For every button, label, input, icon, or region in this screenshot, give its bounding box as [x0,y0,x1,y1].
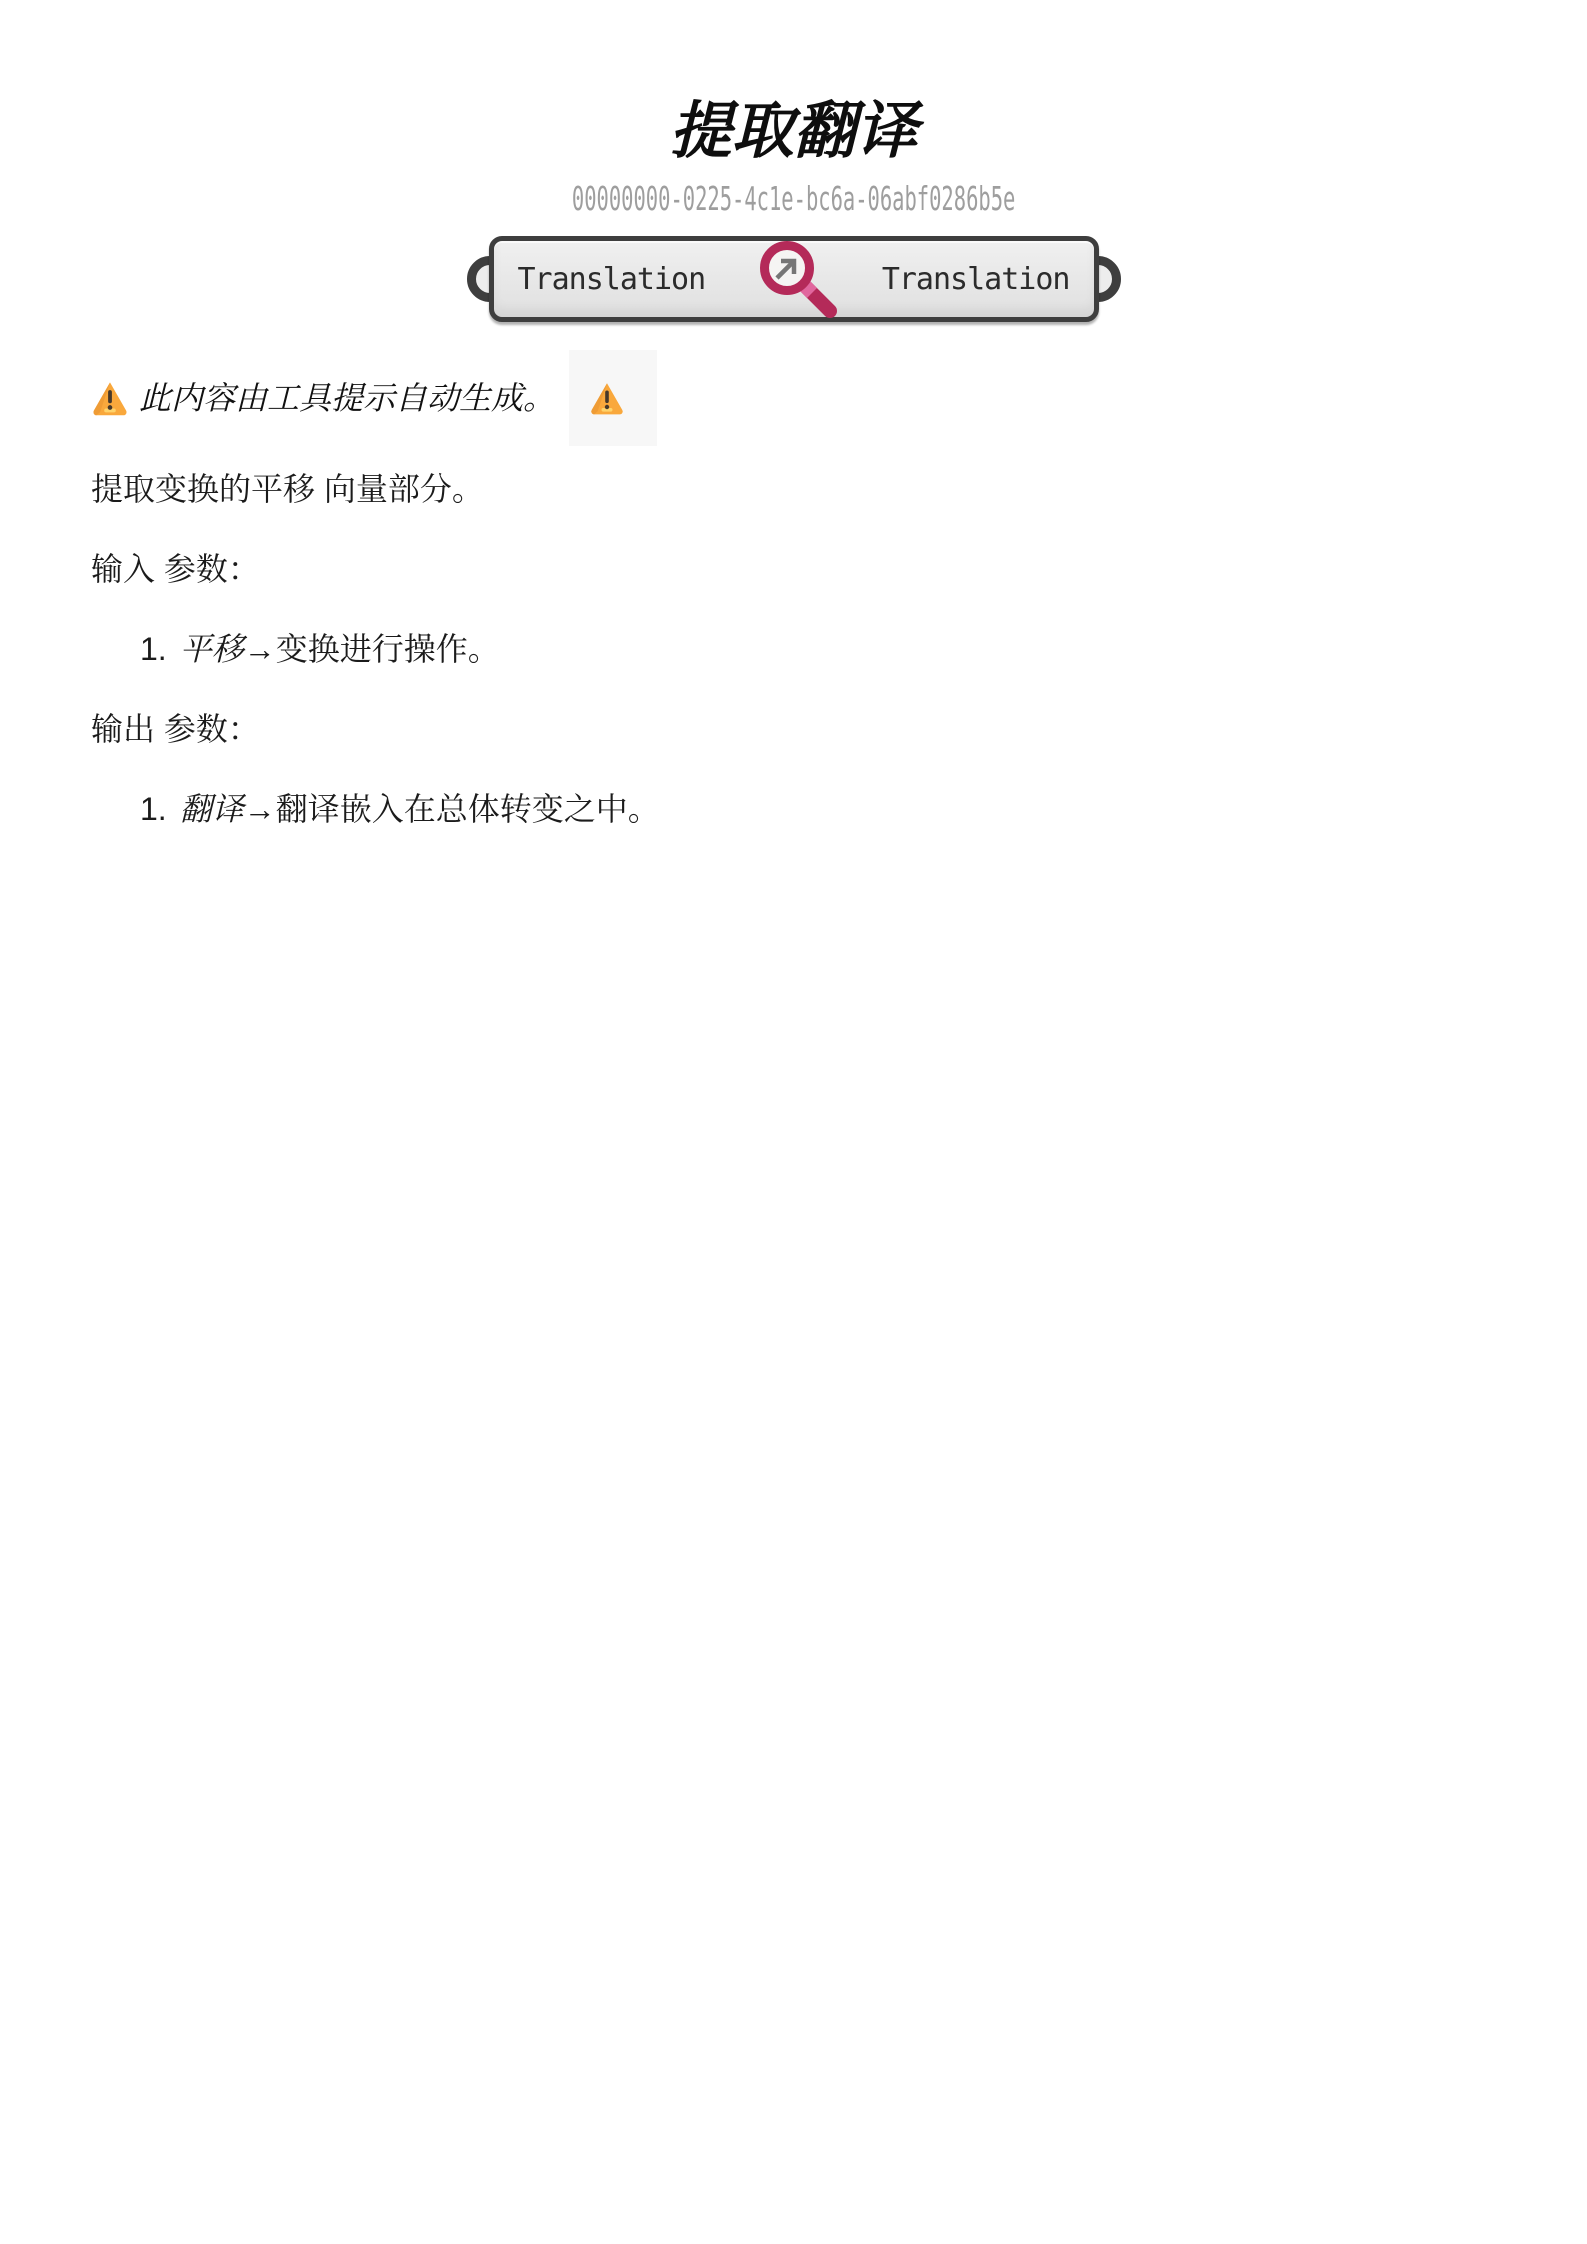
notice-text: 此内容由工具提示自动生成。 [139,374,555,422]
output-param-item: 1.翻译→翻译嵌入在总体转变之中。 [140,785,660,833]
warning-image-placeholder [569,350,657,446]
component-guid: 00000000-0225-4c1e-bc6a-06abf0286b5e [572,180,1015,218]
list-item-number: 1. [140,791,167,827]
component-output-label: Translation [882,262,1070,297]
param-name: 平移 [180,631,244,667]
param-name: 翻译 [180,791,244,827]
param-arrow: → [244,631,276,667]
component-diagram: Translation Translation [489,236,1099,322]
param-arrow: → [244,791,276,827]
component-body: Translation Translation [489,236,1099,322]
document-page: 提取翻译 00000000-0225-4c1e-bc6a-06abf0286b5… [0,0,1587,2244]
outputs-heading: 输出 参数： [91,705,260,753]
guid-line: 00000000-0225-4c1e-bc6a-06abf0286b5e [0,180,1587,218]
page-title: 提取翻译 [0,96,1587,168]
list-item-number: 1. [140,631,167,667]
param-description: 变换进行操作。 [276,631,500,667]
inputs-heading: 输入 参数： [91,545,260,593]
component-description: 提取变换的平移 向量部分。 [91,465,484,513]
warning-triangle-icon [91,379,129,417]
auto-generated-notice: 此内容由工具提示自动生成。 [91,350,657,446]
magnifier-arrow-icon [744,239,844,329]
component-input-label: Translation [518,262,706,297]
input-param-item: 1.平移→变换进行操作。 [140,625,500,673]
param-description: 翻译嵌入在总体转变之中。 [276,791,660,827]
warning-triangle-icon [589,380,625,416]
